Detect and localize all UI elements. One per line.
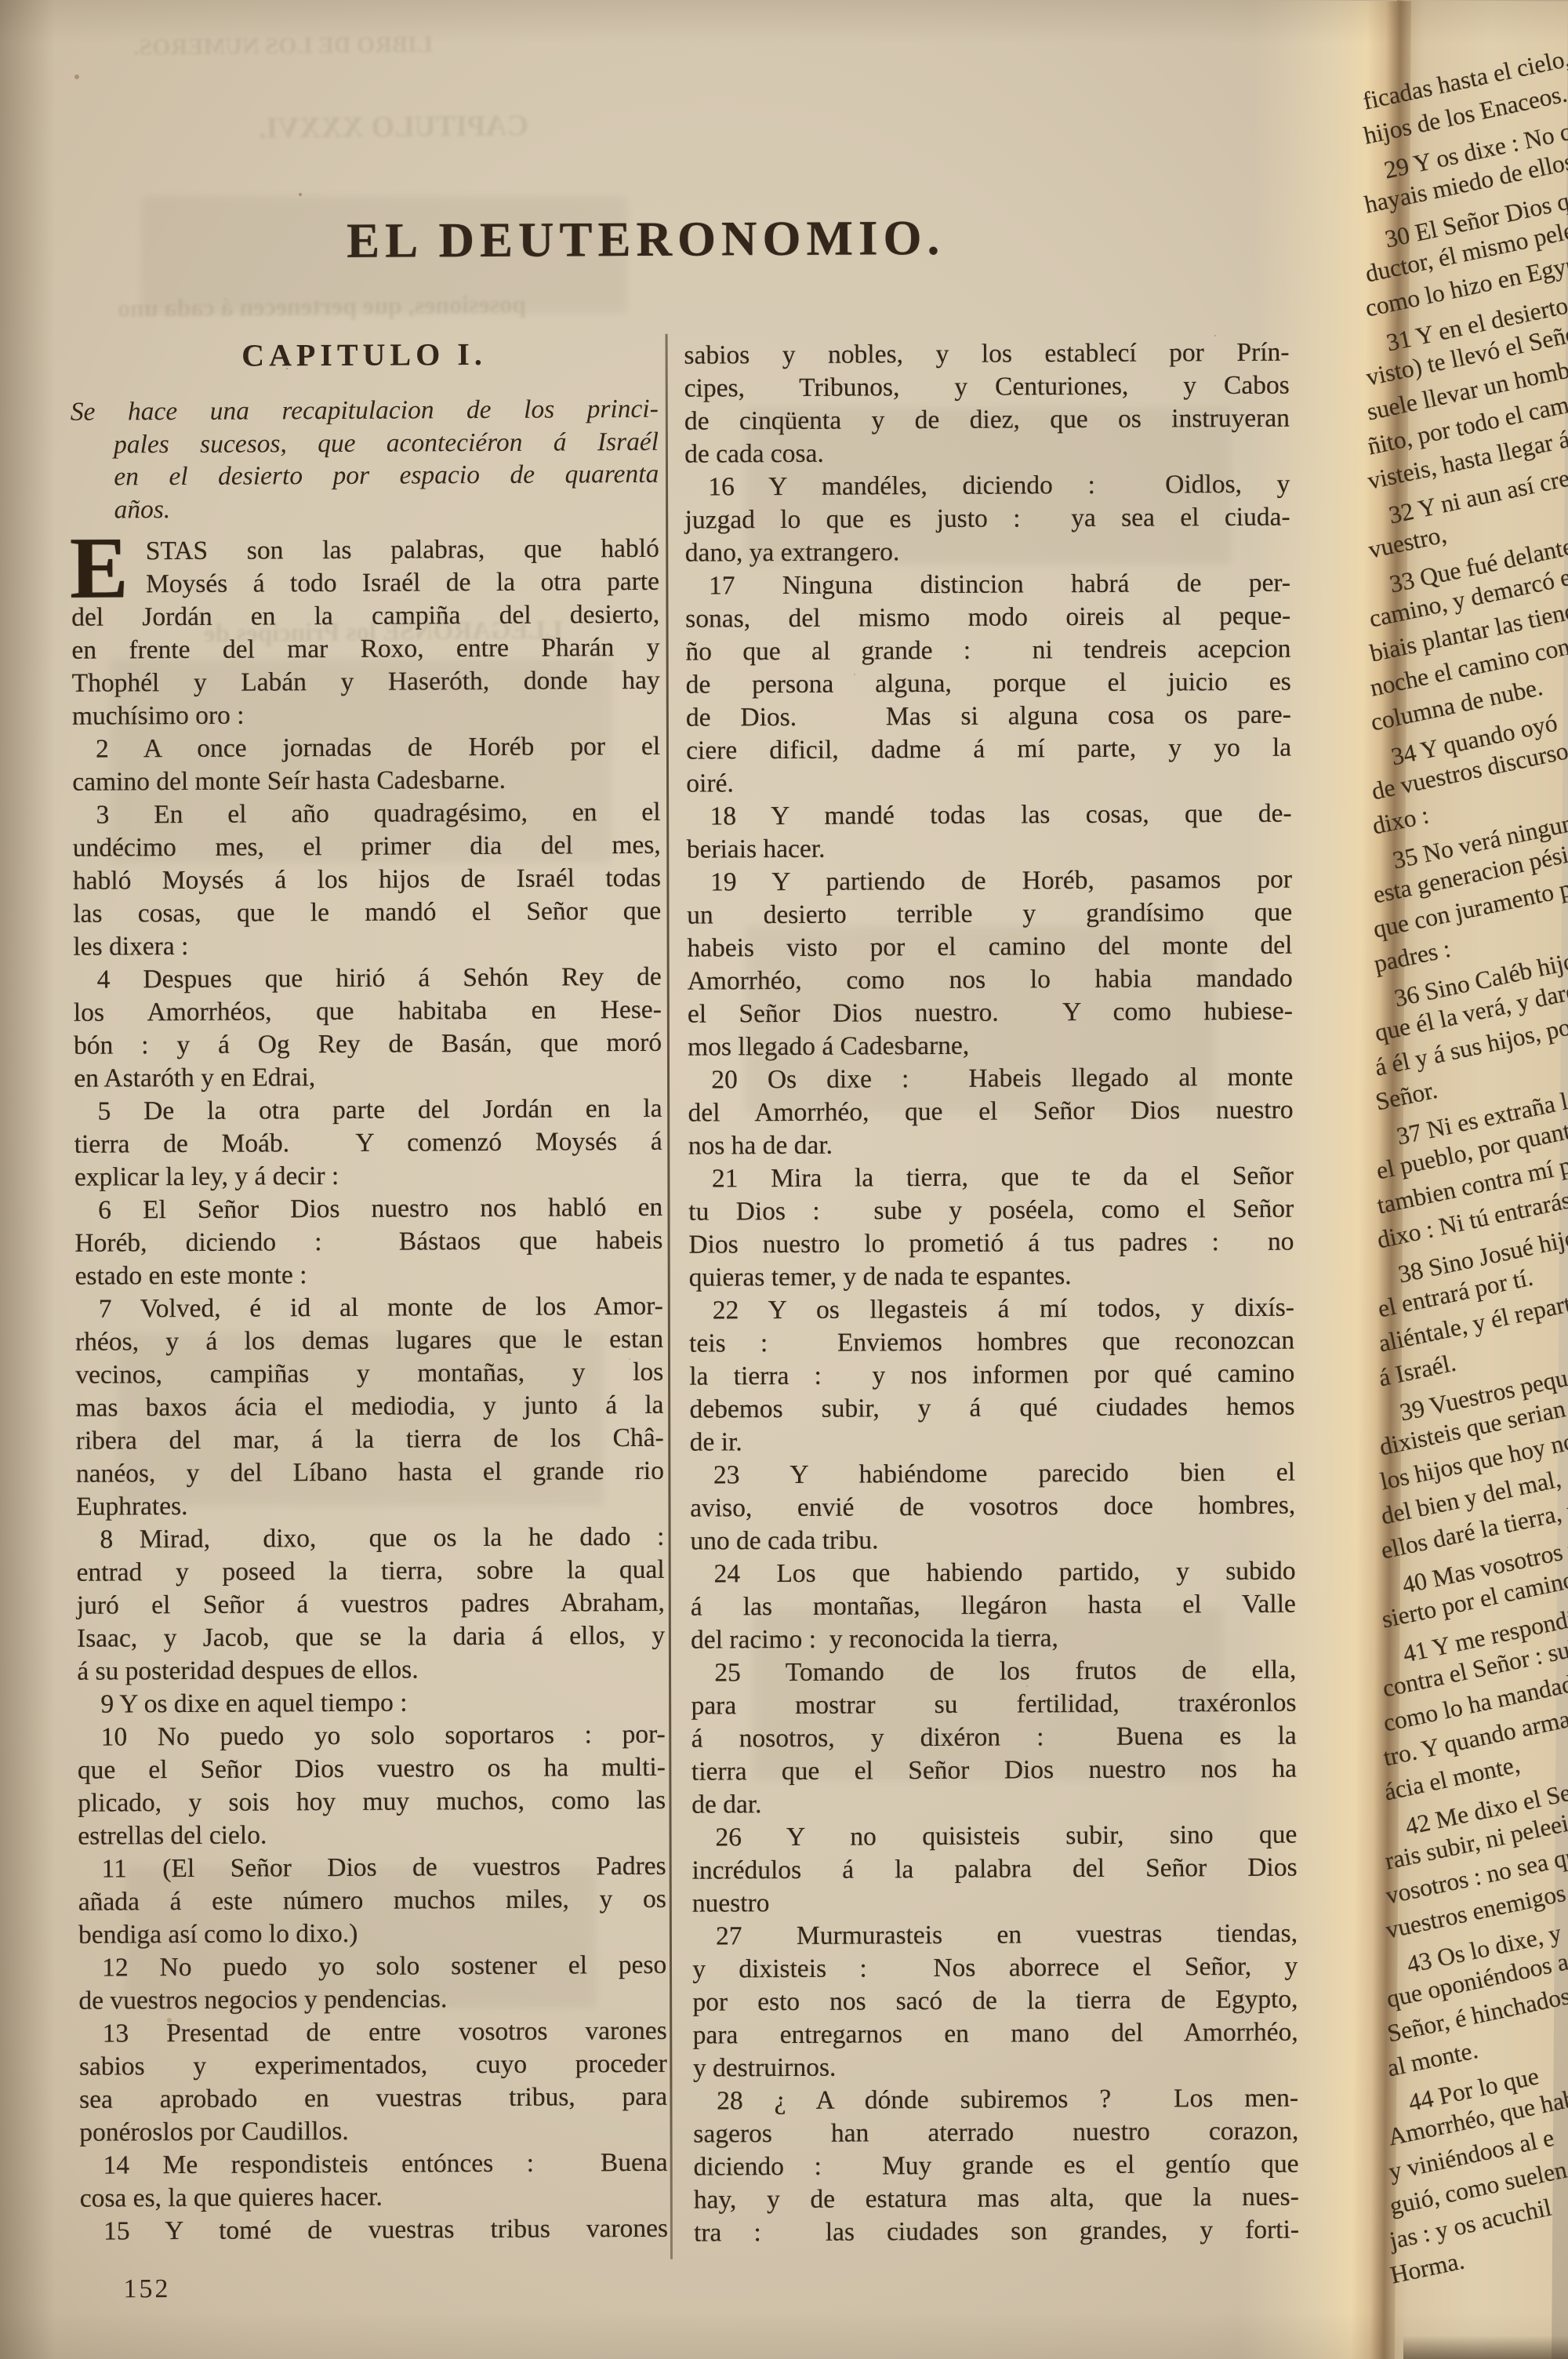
verse-line: á nosotros, y dixéron : Buena es la [691,1720,1297,1756]
verse-line: 16 Y mandéles, diciendo : Oidlos, y [684,468,1290,504]
verse-line: por esto nos sacó de la tierra de Egypto… [692,1983,1298,2019]
verse-line: 18 Y mandé todas las cosas, que de- [686,798,1291,834]
main-page: EL DEUTERONOMIO. CAPITULO I. Se hace una… [0,0,1568,2359]
verse-line: quieras temer, y de nada te espantes. [689,1259,1294,1295]
verse-line: undécimo mes, el primer dia del mes, [73,829,661,865]
verse-line: la tierra : y nos informen por qué camin… [689,1358,1294,1394]
verse-line: Amorrhéo, como nos lo habia mandado [688,962,1293,998]
verse-line: añada á este número muchos miles, y os [78,1883,666,1919]
verse-line: entrad y poseed la tierra, sobre la qual [77,1554,665,1590]
verse-line: 4 Despues que hirió á Sehón Rey de [74,961,662,997]
verse-line: ponéroslos por Caudillos. [79,2114,667,2150]
verse-line: teis : Enviemos hombres que reconozcan [689,1325,1294,1361]
verse-line: 7 Volved, é id al monte de los Amor- [75,1290,663,1326]
verse-line: las cosas, que le mandó el Señor que [73,895,661,931]
verse-line: sabios y experimentados, cuyo proceder [79,2048,667,2084]
verse-line: 27 Murmurasteis en vuestras tiendas, [692,1917,1298,1954]
verse-line: de Dios. Mas si alguna cosa os pare- [686,699,1291,735]
verse-line: sabios y nobles, y los establecí por Prí… [684,336,1289,373]
verse-line: 13 Presentad de entre vosotros varones [79,2015,667,2051]
verse-line: ribera del mar, á la tierra de los Châ- [76,1422,664,1458]
verse-line: cipes, Tribunos, y Centuriones, y Cabos [684,369,1290,405]
verse-line: camino del monte Seír hasta Cadesbarne. [72,763,660,799]
verse-line: dano, ya extrangero. [685,534,1290,570]
verse-line: un desierto terrible y grandísimo que [687,896,1292,932]
verse-line: 14 Me respondisteis entónces : Buena [79,2146,667,2183]
verse-line: nos ha de dar. [688,1127,1294,1163]
summary-line: Se hace una recapitulacion de los princi… [71,393,659,428]
verse-line: beriais hacer. [687,831,1292,867]
verse-line: ño que al grande : ni tendreis acepcion [685,633,1290,669]
verse-line: en frente del mar Roxo, entre Pharán y [71,631,659,667]
verse-line: de dar. [691,1786,1297,1822]
verse-line: 15 Y tomé de vuestras tribus varones [80,2212,668,2248]
verse-line: de persona alguna, porque el juicio es [686,666,1291,702]
verse-line: tierra de Moáb. Y comenzó Moysés á [74,1125,662,1161]
verse-line: muchísimo oro : [72,697,660,733]
verse-line: nuestro [692,1885,1298,1921]
verse-line: 10 No puedo yo solo soportaros : por- [78,1718,666,1754]
verse-line: para entregarnos en mano del Amorrhéo, [693,2016,1298,2052]
verse-line: les dixera : [73,928,661,964]
verse-line: del racimo : y reconocida la tierra, [691,1621,1296,1657]
verse-line: 2 A once jornadas de Horéb por el [72,730,660,766]
verse-line: los Amorrhéos, que habitaba en Hese- [74,994,662,1030]
verse-line: incrédulos á la palabra del Señor Dios [692,1852,1298,1888]
verse-line: bendiga así como lo dixo.) [78,1916,666,1952]
verse-line: sageros han aterrado nuestro corazon, [693,2115,1298,2151]
verse-line: diciendo : Muy grande es el gentío que [693,2148,1298,2184]
verse-line: rhéos, y á los demas lugares que le esta… [75,1323,663,1359]
verse-line: á las montañas, llegáron hasta el Valle [691,1588,1296,1624]
verse-line: 6 El Señor Dios nuestro nos habló en [74,1191,662,1227]
verse-line: 22 Y os llegasteis á mí todos, y dixís- [689,1292,1294,1328]
verse-line: cosa es, la que quieres hacer. [80,2179,668,2215]
verse-line: 26 Y no quisisteis subir, sino que [691,1819,1297,1855]
verse-line: estado en este monte : [75,1257,663,1293]
verse-line: bón : y á Og Rey de Basán, que moró [74,1027,662,1063]
verse-line: 25 Tomando de los frutos de ella, [691,1654,1296,1690]
summary-line: pales sucesos, que aconteciéron á Israél [71,425,659,460]
verse-line: sonas, del mismo modo oireis al peque- [685,600,1290,636]
verse-line: uno de cada tribu. [690,1522,1295,1558]
verse-line: de cinqüenta y de diez, que os instruyer… [684,402,1290,438]
verse-line: mos llegado á Cadesbarne, [688,1028,1293,1064]
page-title: EL DEUTERONOMIO. [0,208,1297,272]
verse-line: que el Señor Dios vuestro os ha multi- [78,1751,666,1787]
book-page-photo: LIBRO DE LOS NUMEROS.CAPITULO XXXVI.pose… [0,0,1568,2359]
verse-line: Moysés á todo Israél de la otra parte [71,565,659,602]
verse-line: Dios nuestro lo prometió á tus padres : … [688,1226,1294,1262]
verse-line: hay, y de estatura mas alta, que la nues… [694,2181,1299,2217]
verse-line: 17 Ninguna distincion habrá de per- [685,567,1290,603]
verse-line: 5 De la otra parte del Jordán en la [74,1092,662,1129]
verse-line: oiré. [686,765,1291,801]
verse-line: Thophél y Labán y Haseróth, donde hay [72,664,660,700]
verse-line: ciere dificil, dadme á mí parte, y yo la [686,732,1291,768]
verse-line: del Jordán en la campiña del desierto, [71,598,659,634]
verse-line: el Señor Dios nuestro. Y como hubiese- [688,995,1293,1031]
verse-line: sea aprobado en vuestras tribus, para [79,2081,667,2117]
verse-line: Horéb, diciendo : Bástaos que habeis [74,1224,662,1260]
chapter-summary: Se hace una recapitulacion de los princi… [71,393,659,526]
verse-line: habeis visto por el camino del monte del [687,929,1292,965]
verse-line: explicar la ley, y á decir : [74,1158,662,1194]
verse-line: tierra que el Señor Dios nuestro nos ha [691,1753,1297,1789]
verse-line: aviso, envié de vosotros doce hombres, [690,1489,1295,1525]
verse-line: 19 Y partiendo de Horéb, pasamos por [687,863,1292,900]
verse-line: vecinos, campiñas y montañas, y los [75,1356,663,1392]
verse-line: 12 No puedo yo solo sostener el peso [78,1949,666,1985]
verse-line: juró el Señor á vuestros padres Abraham, [77,1587,665,1623]
verse-line: 23 Y habiéndome parecido bien el [690,1456,1295,1492]
verse-line: mas baxos ácia el mediodia, y junto á la [75,1389,663,1425]
left-column: STAS son las palabras, que hablóMoysés á… [71,533,668,2248]
page-number: 152 [123,2274,170,2304]
verse-line: y destruirnos. [693,2049,1298,2085]
verse-line: estrellas del cielo. [78,1817,666,1853]
verse-line: 9 Y os dixe en aquel tiempo : [77,1685,665,1721]
verse-line: de ir. [690,1423,1295,1459]
verse-line: de cada cosa. [684,435,1290,471]
verse-line: en Astaróth y en Edrai, [74,1060,662,1096]
chapter-heading: CAPITULO I. [70,335,658,375]
verse-line: 3 En el año quadragésimo, en el [72,796,660,832]
verse-line: y dixisteis : Nos aborrece el Señor, y [692,1950,1298,1986]
verse-line: del Amorrhéo, que el Señor Dios nuestro [688,1094,1293,1130]
verse-line: Euphrates. [76,1488,664,1524]
verse-line: tu Dios : sube y poséela, como el Señor [688,1193,1294,1229]
verse-line: á su posteridad despues de ellos. [77,1652,665,1688]
verse-line: Isaac, y Jacob, que se la daria á ellos,… [77,1619,665,1656]
verse-line: 8 Mirad, dixo, que os la he dado : [76,1521,664,1557]
verse-line: 20 Os dixe : Habeis llegado al monte [688,1061,1293,1097]
verse-line: plicado, y sois hoy muy muchos, como las [78,1784,666,1820]
verse-line: habló Moysés á los hijos de Israél todas [73,862,661,898]
verse-line: 24 Los que habiendo partido, y subido [691,1555,1296,1591]
verse-line: debemos subir, y á qué ciudades hemos [689,1390,1294,1427]
verse-line: 11 (El Señor Dios de vuestros Padres [78,1850,666,1886]
verse-line: tra : las ciudades son grandes, y forti- [694,2214,1299,2250]
verse-line: de vuestros negocios y pendencias. [78,1982,666,2018]
verse-line: para mostrar su fertilidad, traxéronlos [691,1687,1296,1723]
verse-line: 28 ¿ A dónde subiremos ? Los men- [693,2082,1298,2118]
verse-line: 21 Mira la tierra, que te da el Señor [688,1160,1294,1196]
verse-line: juzgad lo que es justo : ya sea el ciuda… [684,501,1290,537]
verse-line: nanéos, y del Líbano hasta el grande rio [76,1455,664,1491]
verse-line: STAS son las palabras, que habló [71,533,659,569]
summary-line: años. [71,490,659,525]
right-column: sabios y nobles, y los establecí por Prí… [684,336,1299,2250]
summary-line: en el desierto por espacio de quarenta [71,458,659,493]
